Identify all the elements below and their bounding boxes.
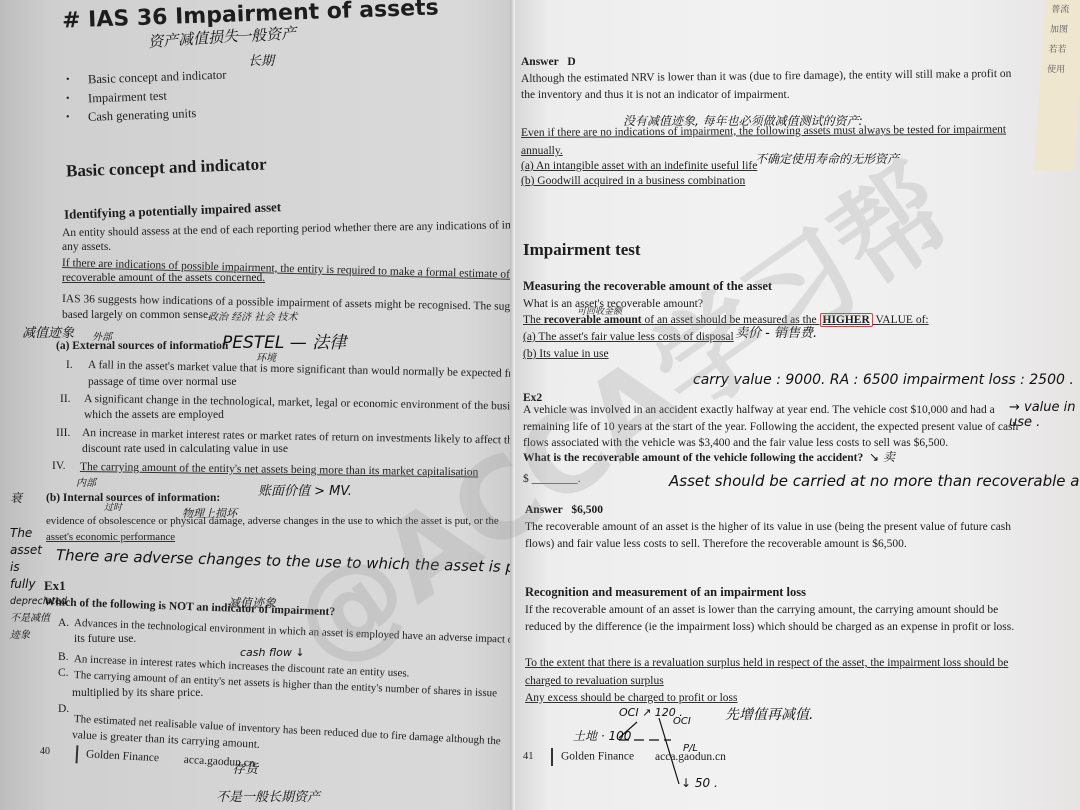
answer-label: Answer D bbox=[521, 56, 576, 68]
handwritten-note: 减值迹象 bbox=[22, 322, 74, 341]
margin-note-line: 衰 bbox=[10, 490, 54, 507]
fragment-line: 若若 bbox=[1048, 40, 1080, 60]
rule-higher: HIGHER bbox=[820, 313, 873, 327]
handwritten-note: 长期 bbox=[248, 50, 274, 69]
fragment-line: 加图 bbox=[1049, 20, 1080, 40]
fragment-line: 普流 bbox=[1051, 0, 1080, 20]
paragraph: flows) and fair value less costs to sell… bbox=[525, 535, 907, 553]
handwritten-note: 先增值再减值. bbox=[725, 704, 813, 724]
subheading: Identifying a potentially impaired asset bbox=[64, 199, 282, 223]
option-text: Advances in the technological environmen… bbox=[74, 614, 515, 649]
list-item: (b) Its value in use bbox=[523, 345, 609, 363]
handwritten-note: 账面价值 > MV. bbox=[258, 480, 352, 499]
handwritten-note: 内部 bbox=[76, 474, 96, 489]
margin-note: 衰 The asset is fully depreciated 不是减值 迹象 bbox=[10, 490, 54, 644]
option-text: multiplied by its share price. bbox=[72, 684, 203, 702]
section-heading: Basic concept and indicator bbox=[66, 155, 267, 182]
footer-brand: Golden Finance bbox=[561, 751, 634, 763]
outline-item: Basic concept and indicator bbox=[88, 66, 227, 89]
outline-item: Cash generating units bbox=[88, 104, 197, 126]
answer-value: $6,500 bbox=[571, 504, 603, 516]
paragraph-underlined: To the extent that there is a revaluatio… bbox=[525, 654, 1008, 672]
answer-label-text: Answer bbox=[525, 504, 563, 516]
subheading: Recognition and measurement of an impair… bbox=[525, 585, 806, 600]
handwritten-note: PESTEL — 法律 bbox=[222, 328, 346, 353]
internal-heading: (b) Internal sources of information: bbox=[46, 492, 220, 504]
section-heading: Impairment test bbox=[523, 240, 641, 260]
paragraph: asset's economic performance bbox=[46, 528, 175, 546]
paragraph: reduced by the difference (ie the impair… bbox=[525, 618, 1014, 636]
handwritten-note: ↘ 卖 bbox=[869, 448, 895, 465]
list-item: which the assets are employed bbox=[84, 406, 224, 424]
handwritten-note: 不确定使用寿命的无形资产 bbox=[755, 150, 899, 167]
list-item: passage of time over normal use bbox=[88, 373, 237, 391]
outline-item: Impairment test bbox=[88, 87, 167, 108]
handwritten-note: Asset should be carried at no more than … bbox=[669, 472, 1080, 490]
exercise-question: What is the recoverable amount of the ve… bbox=[523, 452, 863, 464]
footer-divider bbox=[551, 748, 553, 766]
exercise-label: Ex1 bbox=[44, 578, 66, 594]
handwritten-note: 政治 经济 社会 技术 bbox=[208, 308, 298, 323]
paragraph: If the recoverable amount of an asset is… bbox=[525, 601, 998, 619]
margin-note-line: asset bbox=[10, 542, 54, 559]
rule-prefix: The bbox=[523, 314, 544, 326]
paragraph: Although the estimated NRV is lower than… bbox=[521, 65, 1012, 88]
external-heading: (a) External sources of information bbox=[56, 340, 228, 352]
answer-blank: $ ________. bbox=[523, 470, 581, 488]
footer-url: acca.gaodun.cn bbox=[655, 751, 726, 763]
subheading: Measuring the recoverable amount of the … bbox=[523, 279, 772, 294]
answer-label-text: Answer bbox=[521, 56, 559, 68]
handwritten-note: cash flow ↓ bbox=[240, 646, 305, 659]
rule-suffix: VALUE of: bbox=[873, 314, 929, 326]
margin-note-line: 不是减值 bbox=[10, 610, 54, 627]
list-number: III. bbox=[56, 424, 70, 442]
list-item: (a) The asset's fair value less costs of… bbox=[523, 328, 734, 346]
list-item: (b) Goodwill acquired in a business comb… bbox=[521, 172, 745, 190]
margin-note-line: 迹象 bbox=[10, 627, 54, 644]
left-page: # IAS 36 Impairment of assets 资产减值损失 一般资… bbox=[0, 0, 515, 810]
option-text: its future use. bbox=[74, 630, 136, 648]
page-number: 40 bbox=[40, 746, 50, 757]
margin-note-line: is bbox=[10, 559, 54, 576]
list-item: discount rate used in calculating value … bbox=[82, 440, 288, 458]
handwritten-note: 一般资产 bbox=[235, 22, 296, 47]
margin-note-line: The bbox=[10, 525, 54, 542]
paragraph-underlined: Any excess should be charged to profit o… bbox=[525, 689, 738, 707]
right-page: Answer D Although the estimated NRV is l… bbox=[515, 0, 1080, 810]
option-letter: C. bbox=[58, 664, 69, 682]
footer-brand: Golden Finance bbox=[86, 748, 160, 764]
handwritten-note: There are adverse changes to the use to … bbox=[56, 546, 515, 577]
rule-bold: recoverable amount bbox=[544, 314, 642, 326]
list-number: II. bbox=[60, 390, 71, 408]
paragraph-underlined: Even if there are no indications of impa… bbox=[521, 121, 1006, 142]
paragraph: the inventory and thus it is not an indi… bbox=[521, 86, 790, 104]
handwritten-note: → value in use . bbox=[1009, 400, 1079, 430]
rule-text: The recoverable amount of an asset shoul… bbox=[523, 311, 929, 329]
handwritten-note: carry value : 9000. RA : 6500 impairment… bbox=[693, 372, 1074, 388]
paragraph: based largely on common sense. bbox=[62, 306, 211, 324]
handwritten-note: 卖价 - 销售费. bbox=[735, 322, 817, 341]
list-item: The carrying amount of the entity's net … bbox=[80, 458, 479, 482]
option-letter: D. bbox=[58, 700, 69, 718]
handwritten-note: 不是一般长期资产 bbox=[216, 786, 320, 805]
footer-divider bbox=[75, 745, 78, 763]
fragment-line: 使用 bbox=[1046, 60, 1080, 80]
answer-label: Answer $6,500 bbox=[525, 504, 603, 516]
list-number: IV. bbox=[52, 457, 66, 475]
paragraph-underlined: charged to revaluation surplus bbox=[525, 672, 664, 690]
option-letter: A. bbox=[58, 614, 69, 632]
footer: Golden Finance acca.gaodun.cn bbox=[527, 748, 726, 766]
paragraph-underlined: recoverable amount of the assets concern… bbox=[62, 269, 265, 287]
answer-value: D bbox=[567, 56, 575, 68]
list-number: I. bbox=[66, 356, 73, 374]
footer-url: acca.gaodun.cn bbox=[184, 754, 255, 770]
paragraph: The recoverable amount of an asset is th… bbox=[525, 518, 1011, 536]
paragraph: A vehicle was involved in an accident ex… bbox=[523, 401, 995, 419]
